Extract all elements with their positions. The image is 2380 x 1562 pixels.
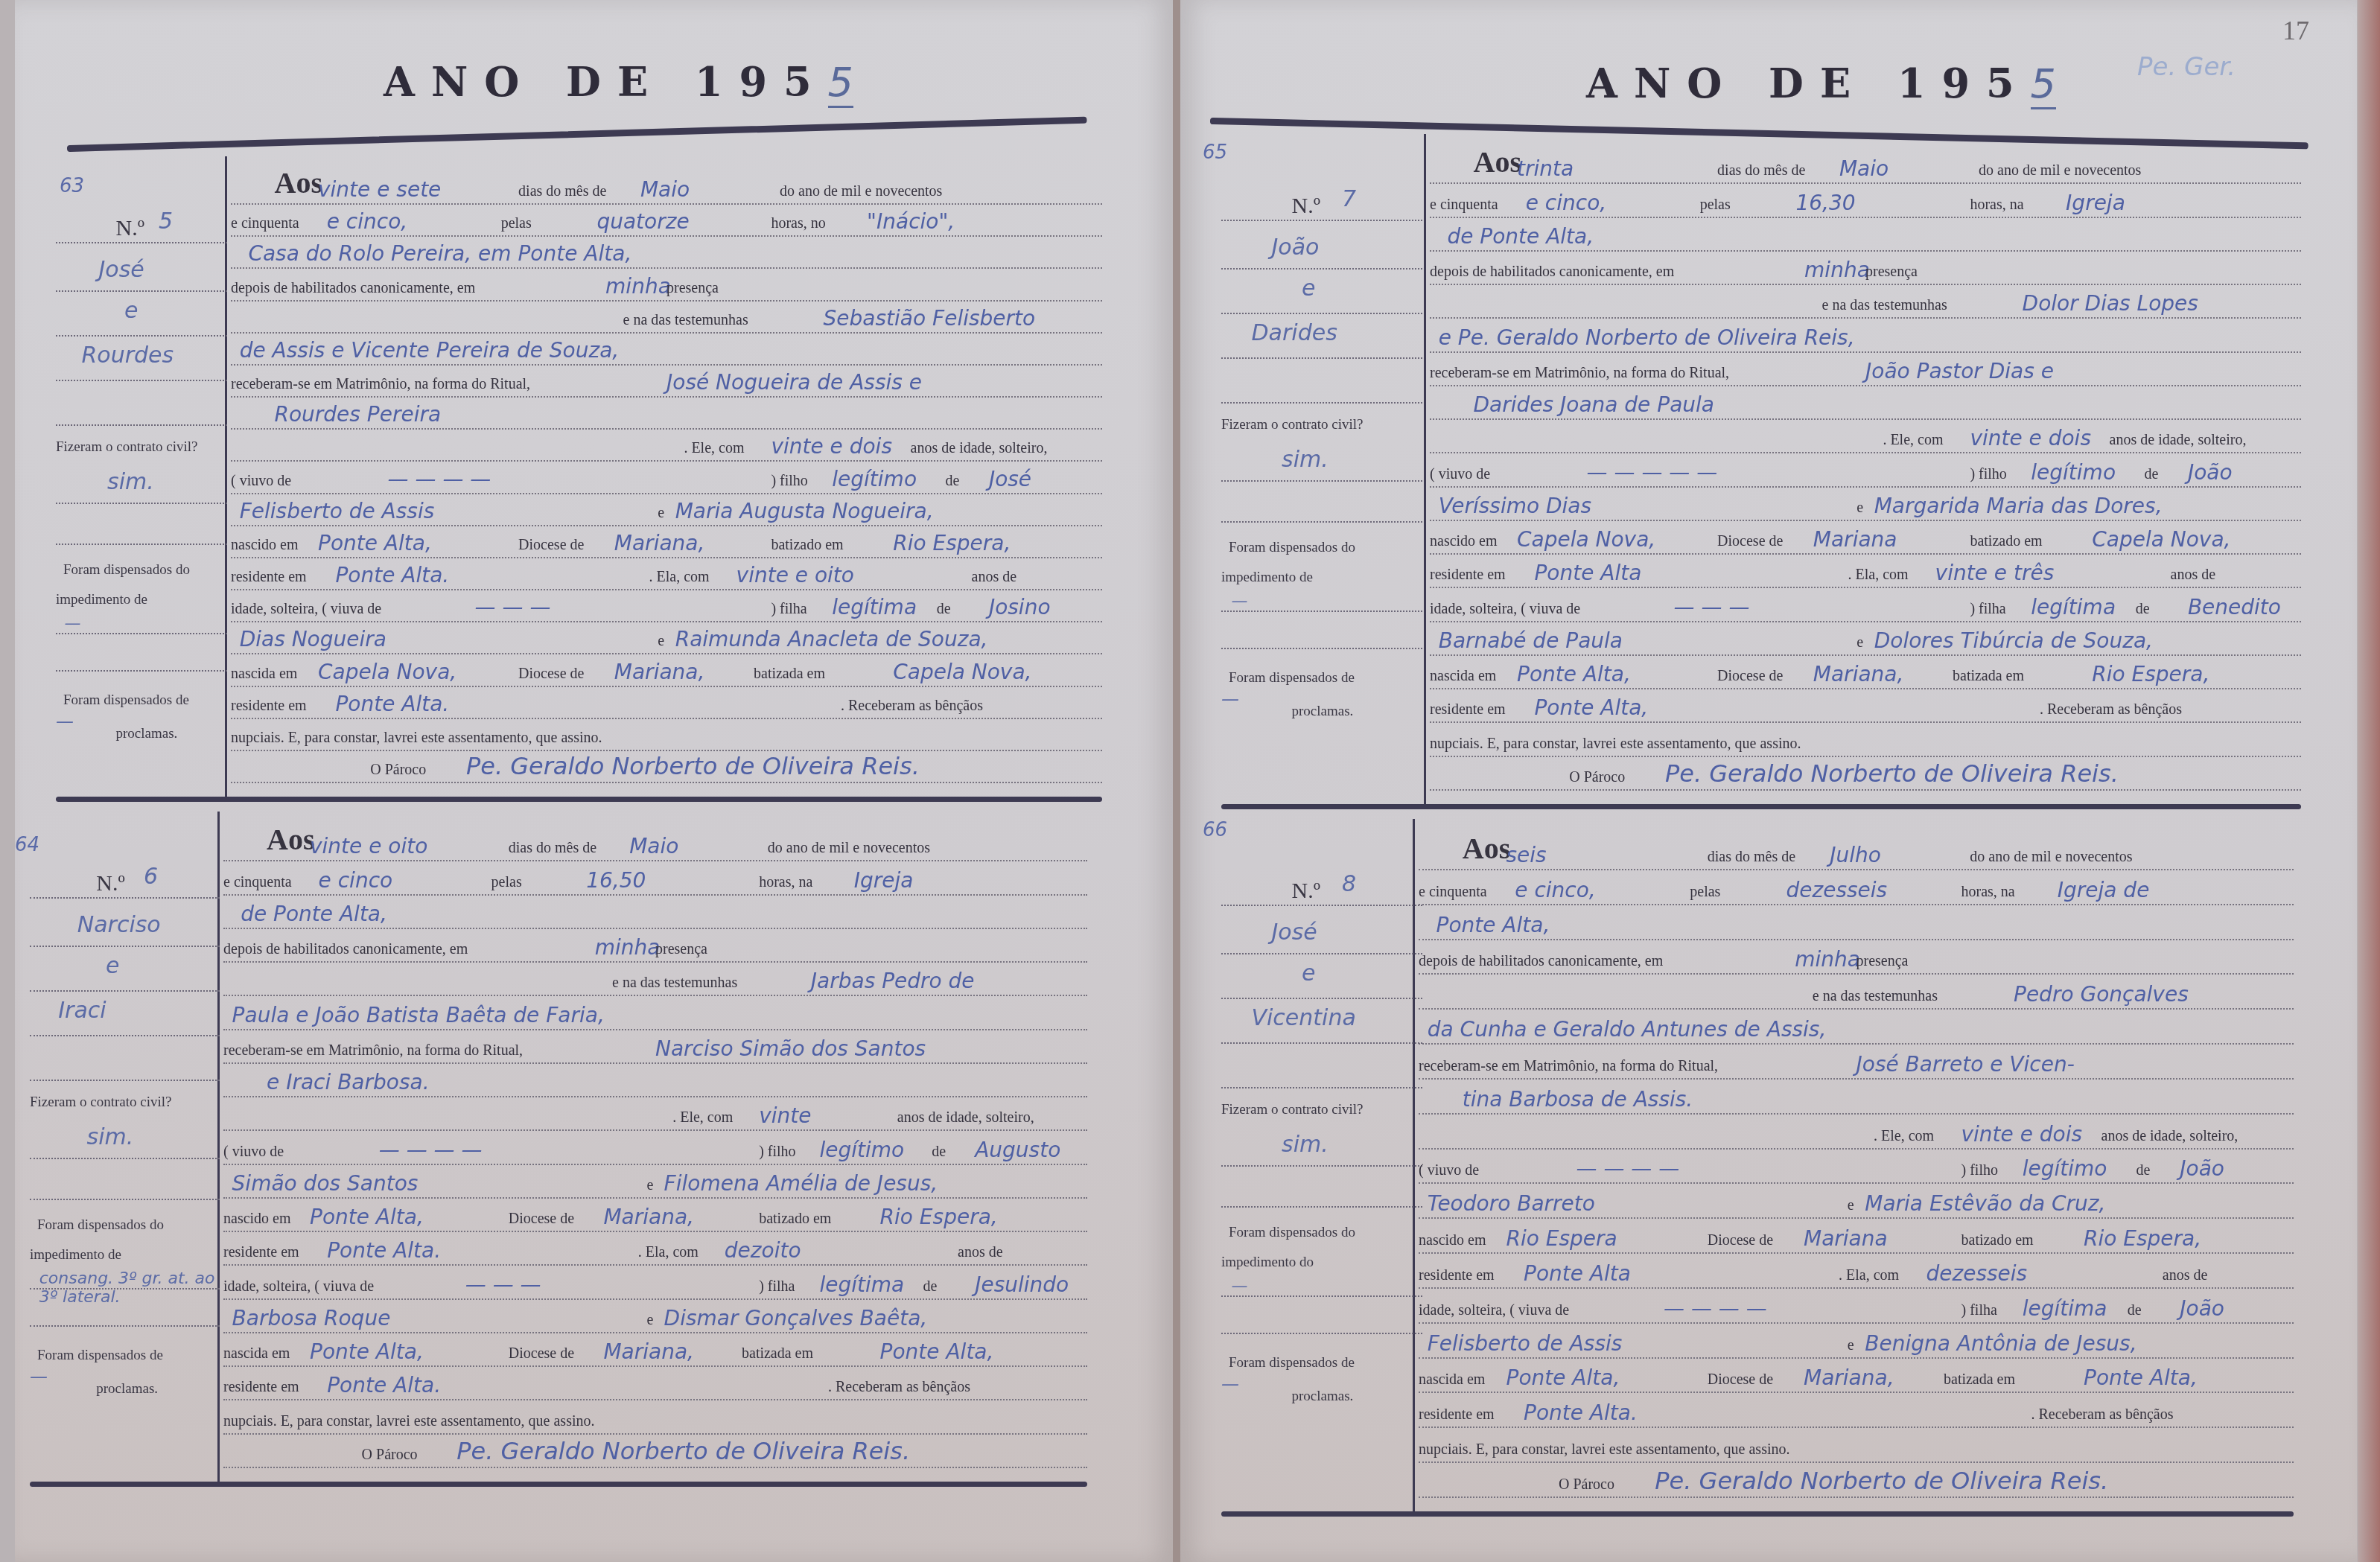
groom-residence-line: residente emPonte Alta.. Ela, comdezoito… [223, 1231, 1087, 1266]
handwritten-field: Mariana, [603, 1339, 694, 1364]
printed-text: ( viuvo de [1430, 466, 1490, 483]
date-line: Aosseisdias do mês deJulhodo ano de mil … [1419, 834, 2294, 870]
handwritten-field: Rio Espera, [880, 1205, 998, 1229]
bride-birth-line: nascida emPonte Alta,Diocese deMariana,b… [1430, 654, 2301, 689]
printed-text: batizado em [759, 1211, 831, 1228]
printed-text: ) filha [1970, 601, 2005, 618]
printed-text: receberam-se em Matrimônio, na forma do … [1430, 365, 1729, 382]
printed-text: ) filha [771, 601, 806, 618]
printed-text: nascido em [223, 1211, 291, 1228]
impediment-value: — [1232, 592, 1433, 611]
handwritten-field: legítimo [832, 467, 917, 491]
handwritten-field: Rio Espera, [893, 531, 1011, 555]
spouses-line: e Iraci Barbosa. [223, 1062, 1087, 1097]
bride-first-name: Darides [1252, 320, 1337, 346]
handwritten-field: e Iraci Barbosa. [267, 1070, 430, 1094]
handwritten-field: Narciso Simão dos Santos [655, 1036, 926, 1061]
groom-first-name: José [99, 257, 144, 283]
handwritten-field: Mariana, [1804, 1365, 1894, 1390]
printed-text: horas, no [771, 215, 825, 232]
handwritten-field: — — — — — [1587, 460, 1718, 485]
date-line: Aosvinte e setedias do mês deMaiodo ano … [231, 171, 1102, 205]
printed-text: e [1856, 634, 1863, 651]
banns-label-2: proclamas. [1292, 704, 1354, 720]
column-divider [1424, 134, 1426, 804]
groom-parents-line-2: Simão dos SantoseFilomena Amélia de Jesu… [223, 1164, 1087, 1199]
printed-text: . Receberam as bênçãos [828, 1379, 970, 1396]
handwritten-field: Dismar Gonçalves Baêta, [664, 1306, 928, 1330]
printed-text: . Receberam as bênçãos [2031, 1406, 2174, 1424]
handwritten-field: Ponte Alta, [880, 1339, 994, 1364]
printed-text: e [658, 505, 664, 522]
numero-label: N.º [116, 216, 144, 241]
conjunction: e [124, 298, 138, 324]
conjunction: e [106, 953, 119, 979]
printed-text: idade, solteira, ( viuva de [223, 1278, 374, 1295]
handwritten-field: João [2180, 1296, 2224, 1321]
impediment-value: — [65, 614, 236, 633]
groom-residence-line: residente emPonte Alta. Ela, comvinte e … [1430, 553, 2301, 588]
handwritten-field: Ponte Alta. [327, 1373, 441, 1397]
handwritten-field: Margarida Maria das Dores, [1874, 494, 2163, 518]
printed-text: de [2144, 466, 2158, 483]
handwritten-field: José [989, 467, 1031, 491]
printed-text: ) filha [759, 1278, 795, 1295]
ritual-line: receberam-se em Matrimônio, na forma do … [1419, 1043, 2294, 1080]
printed-text: ) filho [759, 1144, 795, 1161]
signature-line: O PárocoPe. Geraldo Norberto de Oliveira… [1419, 1461, 2294, 1498]
bride-parents-line-2: Barnabé de PaulaeDolores Tibúrcia de Sou… [1430, 621, 2301, 656]
bride-parents-line: idade, solteira, ( viuva de— — —) filhal… [231, 589, 1102, 622]
handwritten-field: 16,30 [1795, 191, 1855, 215]
groom-first-name: José [1272, 919, 1317, 946]
printed-text: dias do mês de [509, 840, 596, 857]
printed-text: de [932, 1144, 946, 1161]
presence-line: depois de habilitados canonicamente, emm… [1419, 939, 2294, 975]
handwritten-field: Ponte Alta, [1436, 913, 1550, 937]
witness-line: e na das testemunhasSebastião Felisberto [231, 300, 1102, 334]
printed-text: residente em [1419, 1406, 1495, 1424]
handwritten-field: Ponte Alta, [310, 1205, 424, 1229]
handwritten-field: Capela Nova, [893, 660, 1031, 684]
printed-text: O Pároco [1559, 1476, 1614, 1494]
printed-text: horas, na [759, 874, 812, 891]
signature-line: O PárocoPe. Geraldo Norberto de Oliveira… [223, 1433, 1087, 1468]
printed-text: e na das testemunhas [1813, 988, 1938, 1005]
printed-text: e [658, 633, 664, 650]
printed-text: Aos [1463, 831, 1510, 866]
presence-line: depois de habilitados canonicamente, emm… [1430, 250, 2301, 285]
printed-text: . Ela, com [1839, 1267, 1899, 1284]
handwritten-field: Mariana, [603, 1205, 694, 1229]
printed-text: nascida em [1419, 1371, 1485, 1389]
printed-text: presença [655, 941, 707, 958]
ritual-line: receberam-se em Matrimônio, na forma do … [231, 364, 1102, 398]
handwritten-field: legítima [2031, 595, 2116, 619]
printed-text: anos de [972, 569, 1017, 586]
handwritten-field: minha [605, 274, 671, 299]
bride-residence-line: residente emPonte Alta.. Receberam as bê… [223, 1365, 1087, 1400]
handwritten-field: Benedito [2188, 595, 2281, 619]
title-handwritten-digit: 5 [2031, 60, 2056, 109]
handwritten-field: legítima [2023, 1296, 2107, 1321]
bride-birth-line: nascida emPonte Alta,Diocese deMariana,b… [1419, 1357, 2294, 1394]
date-line: Aostrintadias do mês deMaiodo ano de mil… [1430, 149, 2301, 184]
handwritten-field: de Ponte Alta, [1447, 224, 1594, 249]
handwritten-field: e cinco, [327, 209, 407, 234]
printed-text: O Pároco [1569, 769, 1625, 786]
printed-text: e cinquenta [223, 874, 292, 891]
handwritten-field: Felisberto de Assis [1428, 1331, 1623, 1356]
handwritten-field: Mariana [1813, 527, 1897, 552]
entry-separator-rule [56, 797, 1102, 802]
printed-text: . Ela, com [1848, 567, 1909, 584]
printed-text: e na das testemunhas [623, 312, 748, 329]
handwritten-field: legítima [832, 595, 917, 619]
handwritten-field: Julho [1830, 843, 1881, 867]
impediment-label-2: impedimento de [1221, 570, 1313, 586]
handwritten-field: vinte [759, 1103, 811, 1128]
handwritten-field: Jesulindo [975, 1272, 1069, 1297]
entry-side-column: N.º 8 José e Vicentina Fizeram o contrat… [1221, 819, 1422, 1511]
printed-text: anos de idade, solteiro, [897, 1109, 1034, 1126]
handwritten-field: Dolor Dias Lopes [2023, 291, 2198, 316]
title-printed: ANO DE 195 [1586, 60, 2031, 107]
printed-text: residente em [231, 569, 307, 586]
printed-text: batizada em [1953, 668, 2024, 685]
time-place-line: e cinquentae cinco,pelasquatorzehoras, n… [231, 203, 1102, 237]
banns-value: — [1221, 689, 1239, 710]
handwritten-field: minha [1795, 947, 1860, 972]
printed-text: receberam-se em Matrimônio, na forma do … [231, 376, 530, 393]
presence-line: depois de habilitados canonicamente, emm… [231, 267, 1102, 301]
groom-parents-line-2: Felisberto de AssiseMaria Augusta Noguei… [231, 493, 1102, 526]
printed-text: idade, solteira, ( viuva de [1419, 1302, 1569, 1319]
groom-age-line: . Ele, comvinte e doisanos de idade, sol… [1430, 418, 2301, 453]
printed-text: depois de habilitados canonicamente, em [223, 941, 468, 958]
printed-text: nupciais. E, para constar, lavrei este a… [1419, 1441, 1789, 1459]
witness-line-2: da Cunha e Geraldo Antunes de Assis, [1419, 1008, 2294, 1045]
handwritten-field: vinte e dois [1961, 1122, 2083, 1147]
handwritten-stamp: Pe. Ger. [2137, 52, 2236, 82]
printed-text: horas, na [1970, 197, 2023, 214]
handwritten-field: de Ponte Alta, [241, 902, 387, 926]
handwritten-field: Casa do Rolo Pereira, em Ponte Alta, [248, 241, 631, 266]
printed-text: nascido em [1430, 533, 1498, 550]
handwritten-field: Ponte Alta, [1506, 1365, 1620, 1390]
handwritten-field: Ponte Alta. [327, 1238, 441, 1263]
printed-text: presença [1856, 953, 1909, 970]
printed-text: . Ele, com [672, 1109, 733, 1126]
bride-parents-line: idade, solteira, ( viuva de— — — —) filh… [1419, 1287, 2294, 1324]
printed-text: . Ela, com [649, 569, 710, 586]
signature-line: O PárocoPe. Geraldo Norberto de Oliveira… [1430, 756, 2301, 791]
bride-parents-line-2: Felisberto de AssiseBenigna Antônia de J… [1419, 1322, 2294, 1359]
handwritten-field: — — — [1674, 595, 1750, 619]
handwritten-field: e Pe. Geraldo Norberto de Oliveira Reis, [1439, 325, 1855, 350]
presence-line: depois de habilitados canonicamente, emm… [223, 928, 1087, 963]
civil-contract-value: sim. [1282, 1132, 1329, 1158]
printed-text: Diocese de [1717, 533, 1783, 550]
bride-residence-line: residente emPonte Alta.. Receberam as bê… [231, 686, 1102, 719]
handwritten-field: Darides Joana de Paula [1474, 392, 1714, 417]
handwritten-field: Ponte Alta, [310, 1339, 424, 1364]
handwritten-field: Capela Nova, [318, 660, 456, 684]
civil-contract-label: Fizeram o contrato civil? [1221, 1102, 1363, 1118]
handwritten-field: Ponte Alta [1534, 561, 1641, 585]
handwritten-field: Pedro Gonçalves [2014, 982, 2189, 1007]
impediment-value: — [1232, 1277, 1433, 1295]
numero-label: N.º [1292, 194, 1320, 219]
handwritten-field: Capela Nova, [2092, 527, 2230, 552]
bride-first-name: Iraci [58, 998, 106, 1024]
entry-side-column: N.º 5 José e Rourdes Fizeram o contrato … [56, 156, 227, 797]
printed-text: batizada em [742, 1345, 813, 1362]
printed-text: e [646, 1177, 653, 1194]
handwritten-field: Pe. Geraldo Norberto de Oliveira Reis. [1655, 1467, 2108, 1495]
banns-label-1: Foram dispensados de [1229, 670, 1355, 686]
spouses-line: Rourdes Pereira [231, 396, 1102, 430]
bride-residence-line: residente emPonte Alta.. Receberam as bê… [1419, 1392, 2294, 1428]
handwritten-field: Ponte Alta, [1534, 695, 1648, 720]
entry-body: Aosvinte e setedias do mês deMaiodo ano … [231, 171, 1102, 782]
printed-text: nascida em [231, 666, 297, 683]
handwritten-field: Felisberto de Assis [240, 499, 435, 523]
handwritten-field: legítima [819, 1272, 904, 1297]
groom-first-name: João [1272, 235, 1320, 261]
groom-residence-line: residente emPonte Alta.. Ela, comvinte e… [231, 557, 1102, 590]
printed-text: Diocese de [1708, 1371, 1773, 1389]
handwritten-field: tina Barbosa de Assis. [1463, 1087, 1693, 1112]
groom-age-line: . Ele, comvinteanos de idade, solteiro, [223, 1096, 1087, 1131]
printed-text: do ano de mil e novecentos [1970, 849, 2132, 866]
printed-text: dias do mês de [1708, 849, 1795, 866]
witness-line: e na das testemunhasJarbas Pedro de [223, 961, 1087, 996]
handwritten-field: — — — [465, 1272, 541, 1297]
printed-text: nupciais. E, para constar, lavrei este a… [1430, 736, 1801, 753]
printed-text: Diocese de [518, 537, 584, 554]
groom-parents-line: ( viuvo de— — — —) filholegítimodeJosé [231, 460, 1102, 494]
printed-text: do ano de mil e novecentos [780, 183, 942, 200]
printed-text: anos de idade, solteiro, [2110, 432, 2247, 449]
bride-parents-line-2: Barbosa RoqueeDismar Gonçalves Baêta, [223, 1298, 1087, 1333]
closing-line: nupciais. E, para constar, lavrei este a… [231, 718, 1102, 751]
printed-text: Aos [275, 165, 322, 200]
handwritten-field: Barnabé de Paula [1439, 628, 1623, 653]
printed-text: e [1848, 1337, 1854, 1354]
left-page-title: ANO DE 1955 [384, 58, 853, 106]
handwritten-field: Sebastião Felisberto [824, 306, 1036, 331]
civil-contract-label: Fizeram o contrato civil? [56, 439, 197, 456]
handwritten-field: Igreja de [2058, 878, 2150, 902]
handwritten-field: quatorze [596, 209, 689, 234]
entry-number: 6 [144, 864, 158, 890]
banns-value: — [30, 1366, 48, 1387]
witness-line-2: de Assis e Vicente Pereira de Souza, [231, 332, 1102, 366]
signature-line: O PárocoPe. Geraldo Norberto de Oliveira… [231, 750, 1102, 783]
handwritten-field: José Barreto e Vicen- [1856, 1052, 2075, 1077]
handwritten-field: Ponte Alta, [1517, 662, 1631, 686]
printed-text: nupciais. E, para constar, lavrei este a… [223, 1413, 594, 1430]
printed-text: . Receberam as bênçãos [2040, 701, 2182, 718]
civil-contract-value: sim. [107, 469, 154, 495]
handwritten-field: dezoito [725, 1238, 801, 1263]
witness-line: e na das testemunhasPedro Gonçalves [1419, 973, 2294, 1010]
printed-text: e na das testemunhas [612, 975, 737, 992]
printed-text: nupciais. E, para constar, lavrei este a… [231, 730, 602, 747]
title-printed: ANO DE 195 [384, 58, 828, 106]
printed-text: ) filho [1970, 466, 2006, 483]
printed-text: de [2136, 1162, 2151, 1179]
witness-line-2: Paula e João Batista Baêta de Faria, [223, 995, 1087, 1030]
printed-text: . Ele, com [684, 440, 744, 457]
handwritten-field: João [2188, 460, 2233, 485]
handwritten-field: e cinco, [1526, 191, 1606, 215]
time-place-line: e cinquentae cinco,pelasdezesseishoras, … [1419, 869, 2294, 905]
closing-line: nupciais. E, para constar, lavrei este a… [1430, 721, 2301, 756]
printed-text: Diocese de [1717, 668, 1783, 685]
handwritten-field: e cinco [319, 868, 393, 893]
handwritten-field: Ponte Alta. [335, 563, 449, 587]
banns-label-1: Foram dispensados de [1229, 1355, 1355, 1371]
groom-age-line: . Ele, comvinte e doisanos de idade, sol… [1419, 1113, 2294, 1150]
printed-text: idade, solteira, ( viuva de [1430, 601, 1580, 618]
printed-text: O Pároco [370, 762, 426, 779]
place-line: de Ponte Alta, [223, 894, 1087, 929]
entry-side-column: N.º 7 João e Darides Fizeram o contrato … [1221, 134, 1422, 804]
printed-text: anos de idade, solteiro, [2101, 1128, 2239, 1145]
handwritten-field: Maio [629, 834, 678, 858]
handwritten-field: trinta [1517, 156, 1574, 181]
banns-label-1: Foram dispensados de [37, 1348, 163, 1364]
printed-text: Diocese de [509, 1211, 574, 1228]
entry-number: 7 [1342, 186, 1356, 212]
printed-text: anos de [2171, 567, 2216, 584]
printed-text: ( viuvo de [231, 473, 291, 490]
conjunction: e [1302, 960, 1315, 986]
printed-text: nascida em [223, 1345, 290, 1362]
printed-text: O Pároco [362, 1447, 418, 1464]
handwritten-field: Josino [989, 595, 1051, 619]
handwritten-field: Ponte Alta [1524, 1261, 1631, 1286]
entry-separator-rule [1221, 804, 2301, 809]
printed-text: residente em [1430, 567, 1506, 584]
handwritten-field: de Assis e Vicente Pereira de Souza, [240, 338, 620, 363]
handwritten-field: dezesseis [1926, 1261, 2028, 1286]
groom-parents-line-2: Teodoro BarretoeMaria Estêvão da Cruz, [1419, 1182, 2294, 1219]
printed-text: Aos [1474, 144, 1521, 179]
bride-birth-line: nascida emCapela Nova,Diocese deMariana,… [231, 653, 1102, 686]
printed-text: dias do mês de [518, 183, 606, 200]
entry-number: 5 [159, 208, 173, 235]
handwritten-field: Barbosa Roque [232, 1306, 391, 1330]
impediment-label-2: impedimento de [56, 592, 147, 608]
printed-text: . Ela, com [638, 1244, 699, 1261]
groom-birth-line: nascido emPonte Alta,Diocese deMariana,b… [231, 525, 1102, 558]
witness-line: e na das testemunhasDolor Dias Lopes [1430, 284, 2301, 319]
printed-text: depois de habilitados canonicamente, em [1430, 264, 1674, 281]
civil-contract-label: Fizeram o contrato civil? [1221, 417, 1363, 433]
handwritten-field: — — — — [379, 1138, 483, 1162]
groom-age-line: . Ele, comvinte e doisanos de idade, sol… [231, 428, 1102, 462]
printed-text: anos de [2163, 1267, 2208, 1284]
printed-text: do ano de mil e novecentos [768, 840, 930, 857]
handwritten-field: Mariana, [614, 531, 705, 555]
handwritten-field: Mariana, [614, 660, 705, 684]
handwritten-field: vinte e dois [771, 434, 892, 459]
handwritten-field: Maria Augusta Nogueira, [675, 499, 934, 523]
printed-text: Diocese de [509, 1345, 574, 1362]
printed-text: idade, solteira, ( viuva de [231, 601, 381, 618]
printed-text: ) filho [771, 473, 807, 490]
printed-text: Aos [267, 822, 314, 857]
impediment-label-2: impedimento de [30, 1247, 121, 1263]
entry-body: Aosseisdias do mês deJulhodo ano de mil … [1419, 834, 2294, 1496]
printed-text: e cinquenta [1419, 884, 1487, 901]
printed-text: Diocese de [518, 666, 584, 683]
printed-text: de [2136, 601, 2150, 618]
ritual-line: receberam-se em Matrimônio, na forma do … [223, 1029, 1087, 1064]
book-edge [2358, 0, 2380, 1562]
handwritten-field: 16,50 [586, 868, 646, 893]
entry-number: 8 [1342, 871, 1356, 897]
groom-parents-line: ( viuvo de— — — —) filholegítimodeJoão [1419, 1148, 2294, 1185]
printed-text: batizado em [1970, 533, 2042, 550]
handwritten-field: João Pastor Dias e [1865, 359, 2054, 383]
printed-text: depois de habilitados canonicamente, em [231, 280, 475, 297]
groom-birth-line: nascido emRio EsperaDiocese deMarianabat… [1419, 1217, 2294, 1254]
groom-first-name: Narciso [77, 912, 161, 938]
printed-text: ( viuvo de [223, 1144, 284, 1161]
ritual-line: receberam-se em Matrimônio, na forma do … [1430, 351, 2301, 386]
handwritten-field: Pe. Geraldo Norberto de Oliveira Reis. [466, 752, 920, 780]
handwritten-field: Rio Espera, [2084, 1226, 2201, 1251]
bride-parents-line-2: Dias NogueiraeRaimunda Anacleta de Souza… [231, 621, 1102, 654]
groom-parents-line: ( viuvo de— — — —) filholegítimodeAugust… [223, 1129, 1087, 1164]
banns-value: — [56, 711, 74, 732]
numero-label: N.º [1292, 879, 1320, 904]
handwritten-field: Ponte Alta. [335, 692, 449, 716]
handwritten-field: legítimo [819, 1138, 904, 1162]
printed-text: batizada em [754, 666, 825, 683]
handwritten-field: vinte e três [1935, 561, 2055, 585]
printed-text: receberam-se em Matrimônio, na forma do … [1419, 1058, 1718, 1075]
handwritten-field: Pe. Geraldo Norberto de Oliveira Reis. [1665, 759, 2119, 788]
printed-text: presença [666, 280, 719, 297]
spouses-line: Darides Joana de Paula [1430, 385, 2301, 420]
printed-text: pelas [1700, 197, 1731, 214]
printed-text: nascido em [1419, 1232, 1486, 1249]
printed-text: ) filha [1961, 1302, 1997, 1319]
handwritten-field: João [2180, 1156, 2224, 1181]
printed-text: batizado em [771, 537, 843, 554]
date-line: Aosvinte e oitodias do mês deMaiodo ano … [223, 826, 1087, 861]
handwritten-field: vinte e oito [736, 563, 854, 587]
handwritten-field: e cinco, [1515, 878, 1595, 902]
handwritten-field: minha [1804, 258, 1870, 282]
handwritten-field: vinte e dois [1970, 426, 2091, 450]
handwritten-field: Pe. Geraldo Norberto de Oliveira Reis. [456, 1437, 910, 1465]
entry-separator-rule [1221, 1511, 2294, 1517]
handwritten-field: seis [1506, 843, 1547, 867]
bride-residence-line: residente emPonte Alta,. Receberam as bê… [1430, 688, 2301, 723]
printed-text: nascida em [1430, 668, 1496, 685]
closing-line: nupciais. E, para constar, lavrei este a… [223, 1399, 1087, 1434]
printed-text: e [646, 1312, 653, 1329]
impediment-label-1: Foram dispensados do [1229, 1225, 1355, 1241]
printed-text: batizada em [1944, 1371, 2015, 1389]
handwritten-field: legítimo [2031, 460, 2116, 485]
